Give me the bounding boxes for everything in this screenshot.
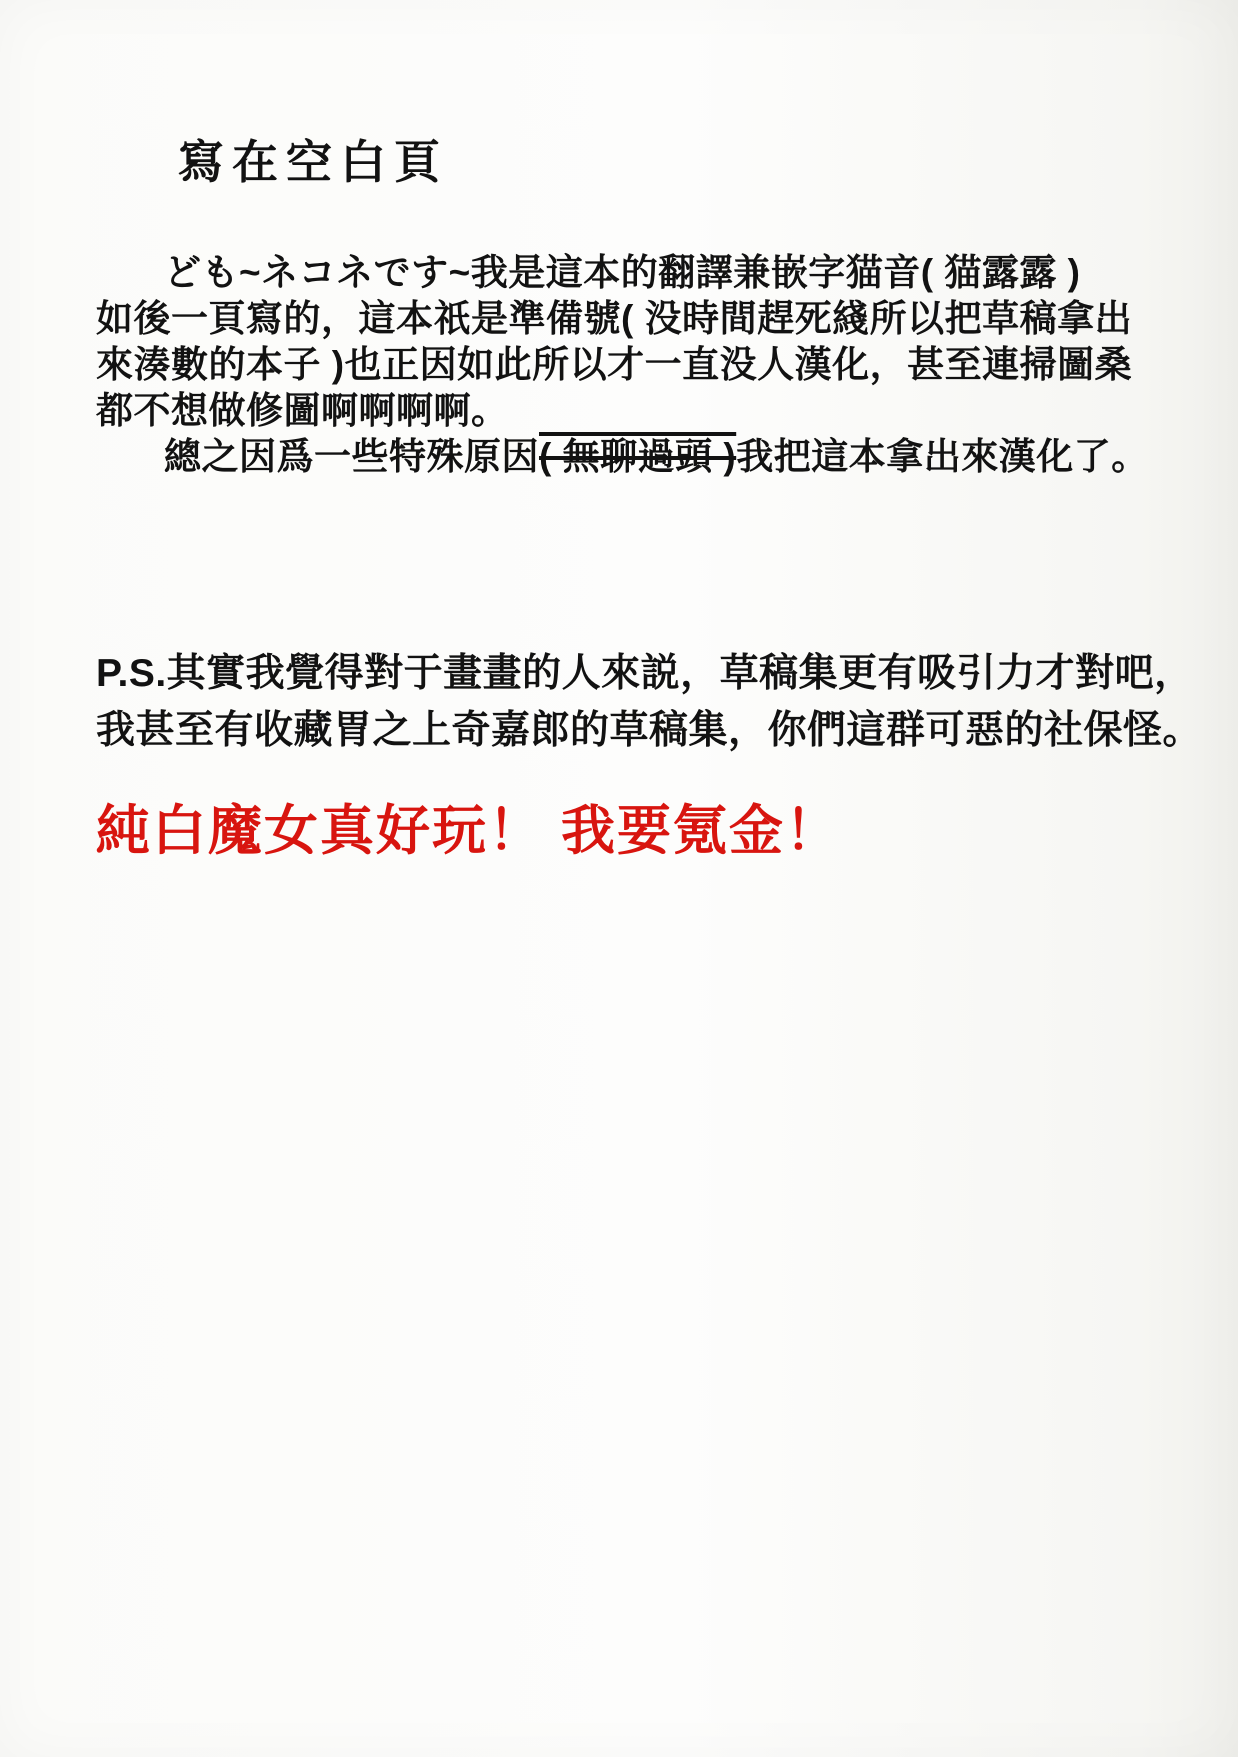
postscript-paragraph: P.S.其實我覺得對于畫畫的人來説，草稿集更有吸引力才對吧， 我甚至有收藏胃之上… xyxy=(96,645,1076,759)
intro-line-5-strikethrough: ( 無聊過頭 ) xyxy=(539,436,736,477)
intro-line-4: 都不想做修圖啊啊啊啊。 xyxy=(96,388,1056,434)
page-title: 寫在空白頁 xyxy=(178,126,448,192)
intro-paragraph: ども~ネコネです~我是這本的翻譯兼嵌字猫音( 猫露露 ) 如後一頁寫的，這本祇是… xyxy=(96,250,1056,480)
intro-line-5-post: 我把這本拿出來漢化了。 xyxy=(736,436,1149,477)
intro-line-3: 來湊數的本子 )也正因如此所以才一直没人漢化，甚至連掃圖桑 xyxy=(96,342,1056,388)
postscript-line-1: P.S.其實我覺得對于畫畫的人來説，草稿集更有吸引力才對吧， xyxy=(96,645,1076,702)
intro-line-5: 總之因爲一些特殊原因( 無聊過頭 )我把這本拿出來漢化了。 xyxy=(96,434,1056,480)
intro-line-5-pre: 總之因爲一些特殊原因 xyxy=(164,436,539,477)
scanned-translator-note-page: 寫在空白頁 ども~ネコネです~我是這本的翻譯兼嵌字猫音( 猫露露 ) 如後一頁寫… xyxy=(0,0,1238,1757)
postscript-line-2: 我甚至有收藏胃之上奇嘉郎的草稿集，你們這群可惡的社保怪。 xyxy=(96,702,1076,759)
intro-line-2: 如後一頁寫的，這本祇是準備號( 没時間趕死綫所以把草稿拿出 xyxy=(96,296,1056,342)
red-highlight-line: 純白魔女真好玩！ 我要氪金！ xyxy=(96,788,841,865)
intro-line-1: ども~ネコネです~我是這本的翻譯兼嵌字猫音( 猫露露 ) xyxy=(96,250,1056,296)
